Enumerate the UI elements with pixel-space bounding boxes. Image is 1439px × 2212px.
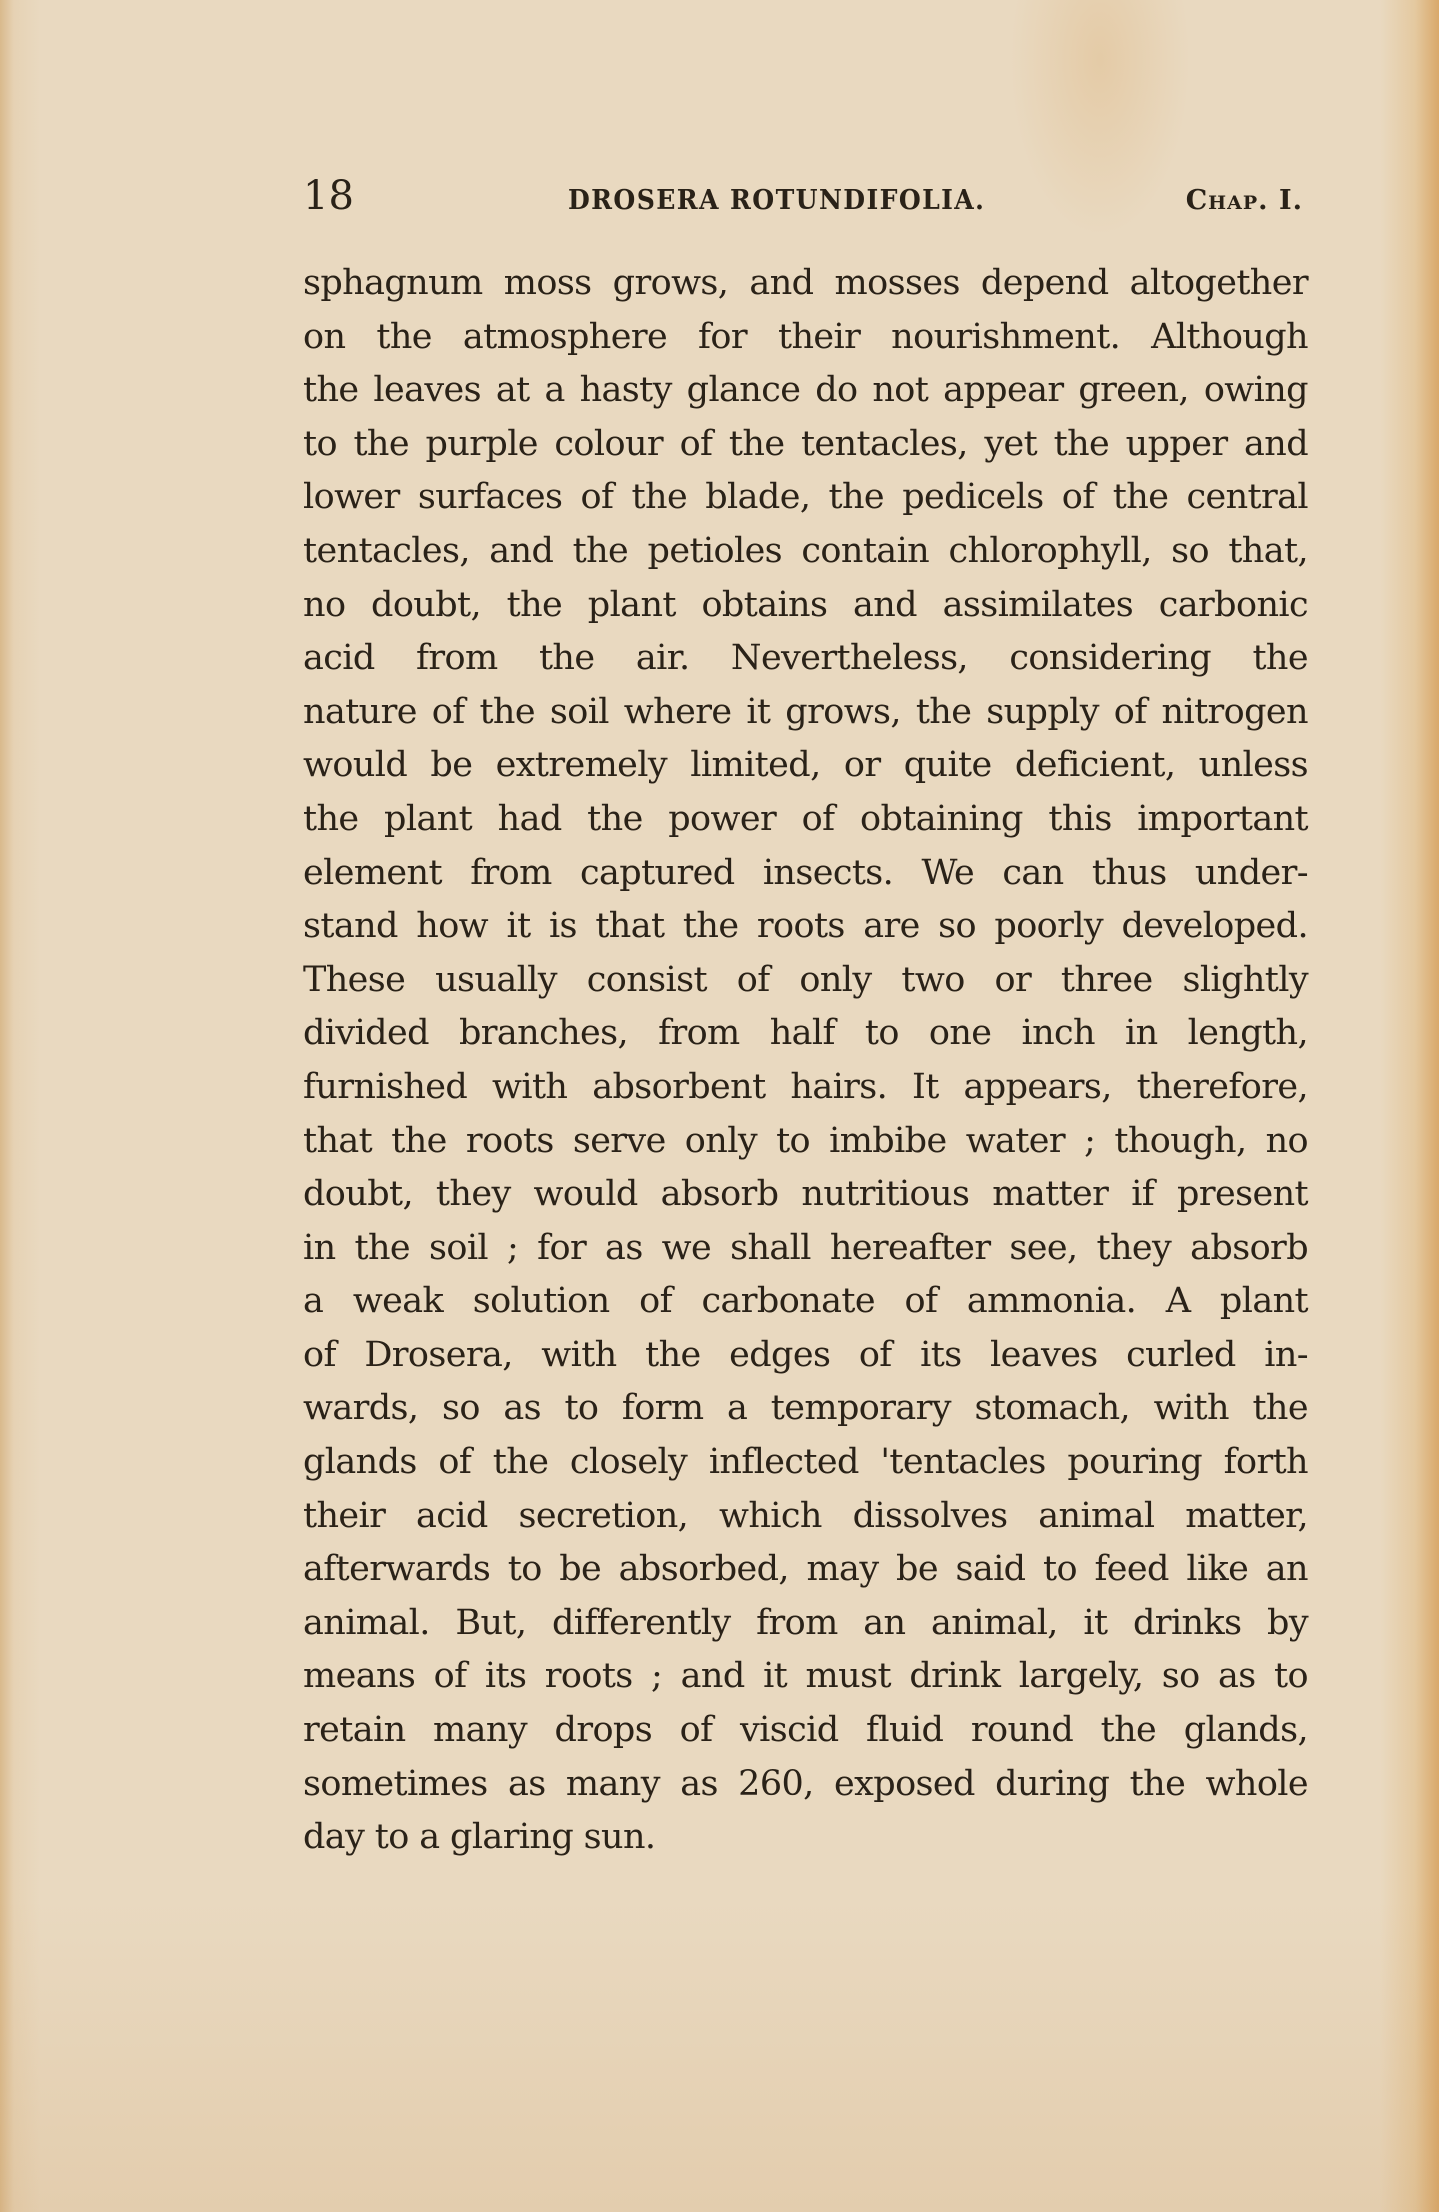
text-line: acid from the air. Nevertheless, conside…	[303, 633, 1308, 687]
text-line: no doubt, the plant obtains and assimila…	[303, 580, 1308, 634]
text-line: afterwards to be absorbed, may be said t…	[303, 1544, 1308, 1598]
page-number: 18	[303, 174, 354, 218]
body-paragraph: sphagnum moss grows, and mosses depend a…	[303, 258, 1308, 1866]
text-line: element from captured insects. We can th…	[303, 848, 1308, 902]
running-title: DROSERA ROTUNDIFOLIA.	[568, 184, 985, 218]
text-line: doubt, they would absorb nutritious matt…	[303, 1169, 1308, 1223]
text-line: divided branches, from half to one inch …	[303, 1008, 1308, 1062]
text-line: retain many drops of viscid fluid round …	[303, 1705, 1308, 1759]
chapter-label: Chap. I.	[1186, 184, 1303, 218]
text-line: tentacles, and the petioles contain chlo…	[303, 526, 1308, 580]
text-line: nature of the soil where it grows, the s…	[303, 687, 1308, 741]
text-line: to the purple colour of the tentacles, y…	[303, 419, 1308, 473]
text-line: on the atmosphere for their nourishment.…	[303, 312, 1308, 366]
running-head: 18 DROSERA ROTUNDIFOLIA. Chap. I.	[303, 170, 1308, 220]
text-line: means of its roots ; and it must drink l…	[303, 1651, 1308, 1705]
text-line: the leaves at a hasty glance do not appe…	[303, 365, 1308, 419]
text-line: would be extremely limited, or quite def…	[303, 740, 1308, 794]
text-line: furnished with absorbent hairs. It appea…	[303, 1062, 1308, 1116]
text-line: sphagnum moss grows, and mosses depend a…	[303, 258, 1308, 312]
text-line: animal. But, differently from an animal,…	[303, 1598, 1308, 1652]
text-line: stand how it is that the roots are so po…	[303, 901, 1308, 955]
text-line: lower surfaces of the blade, the pedicel…	[303, 472, 1308, 526]
text-line: of Drosera, with the edges of its leaves…	[303, 1330, 1308, 1384]
text-line: sometimes as many as 260, exposed during…	[303, 1759, 1308, 1813]
book-page: 18 DROSERA ROTUNDIFOLIA. Chap. I. sphagn…	[0, 0, 1439, 2212]
text-line-last: day to a glaring sun.	[303, 1812, 1308, 1866]
text-line: their acid secretion, which dissolves an…	[303, 1491, 1308, 1545]
text-line: in the soil ; for as we shall hereafter …	[303, 1223, 1308, 1277]
text-line: a weak solution of carbonate of ammonia.…	[303, 1276, 1308, 1330]
text-line: wards, so as to form a temporary stomach…	[303, 1383, 1308, 1437]
text-line: These usually consist of only two or thr…	[303, 955, 1308, 1009]
text-line: glands of the closely inflected 'tentacl…	[303, 1437, 1308, 1491]
text-line: that the roots serve only to imbibe wate…	[303, 1116, 1308, 1170]
text-line: the plant had the power of obtaining thi…	[303, 794, 1308, 848]
